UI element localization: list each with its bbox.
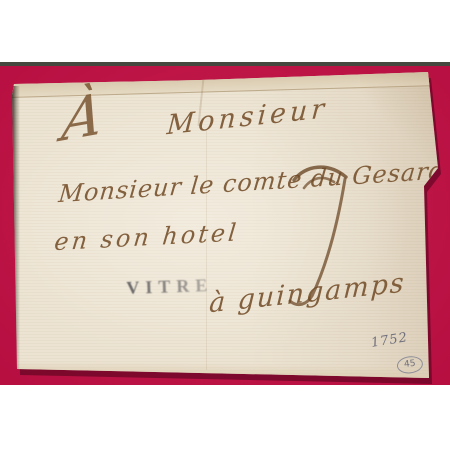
tax-mark-tail-stroke	[290, 179, 345, 305]
folded-letter: À Monsieur Monsieur le comte du Gesard e…	[10, 70, 445, 385]
tax-mark-inner-stroke	[304, 178, 334, 188]
letter-photo: À Monsieur Monsieur le comte du Gesard e…	[0, 0, 450, 450]
